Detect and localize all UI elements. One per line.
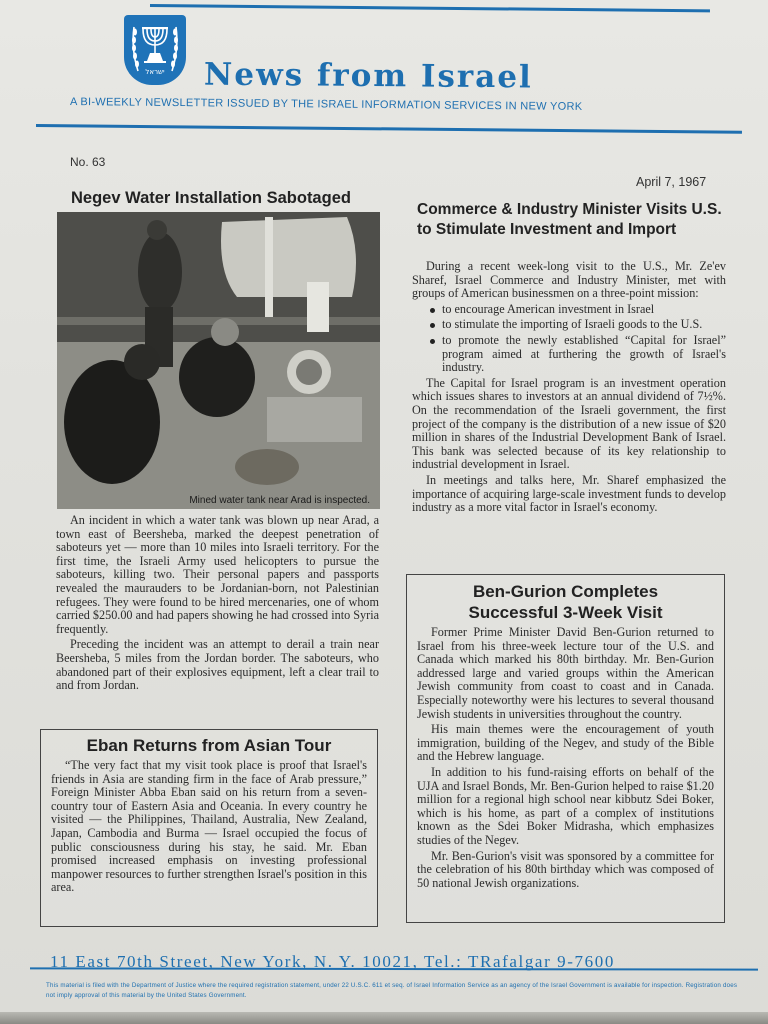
photo-caption: Mined water tank near Arad is inspected.: [189, 495, 370, 506]
commerce-headline: Commerce & Industry Minister Visits U.S.…: [417, 200, 727, 240]
emblem-graphic: ישראל: [128, 19, 182, 81]
svg-text:ישראל: ישראל: [145, 68, 165, 76]
issue-number: No. 63: [70, 155, 105, 169]
paragraph: In addition to his fund-raising efforts …: [417, 766, 714, 848]
eban-article-box: Eban Returns from Asian Tour “The very f…: [40, 729, 378, 927]
negev-article-body: An incident in which a water tank was bl…: [56, 514, 379, 695]
list-item: to stimulate the importing of Israeli go…: [430, 318, 726, 332]
header-rule: [36, 124, 742, 134]
paragraph: During a recent week-long visit to the U…: [412, 260, 726, 301]
photo-scene: [57, 212, 380, 509]
paragraph: Mr. Ben-Gurion's visit was sponsored by …: [417, 850, 714, 891]
eban-article-body: “The very fact that my visit took place …: [51, 759, 367, 895]
issue-date: April 7, 1967: [636, 175, 706, 189]
headline-line: Successful 3-Week Visit: [417, 602, 714, 623]
list-item: to promote the newly established “Capita…: [430, 334, 726, 375]
bengurion-article-box: Ben-Gurion Completes Successful 3-Week V…: [406, 574, 725, 923]
headline-line: Ben-Gurion Completes: [417, 581, 714, 602]
eban-headline: Eban Returns from Asian Tour: [51, 736, 367, 756]
bengurion-article-body: Former Prime Minister David Ben-Gurion r…: [417, 626, 714, 890]
paragraph: Former Prime Minister David Ben-Gurion r…: [417, 626, 714, 721]
paragraph: Preceding the incident was an attempt to…: [56, 638, 379, 692]
negev-photo: Mined water tank near Arad is inspected.: [57, 212, 380, 509]
newsletter-page: ישראל News from Israel A BI-WEEKLY NEWSL…: [0, 0, 768, 1024]
paragraph: His main themes were the encouragement o…: [417, 723, 714, 764]
top-rule: [150, 4, 710, 12]
footer-disclaimer: This material is filed with the Departme…: [46, 981, 746, 1001]
paragraph: In meetings and talks here, Mr. Sharef e…: [412, 474, 726, 515]
paragraph: An incident in which a water tank was bl…: [56, 514, 379, 636]
menorah-emblem-icon: ישראל: [124, 15, 186, 85]
bengurion-headline: Ben-Gurion Completes Successful 3-Week V…: [417, 581, 714, 623]
list-item: to encourage American investment in Isra…: [430, 303, 726, 317]
masthead-tagline: A BI-WEEKLY NEWSLETTER ISSUED BY THE ISR…: [70, 96, 583, 113]
paper-edge: [0, 1012, 768, 1024]
paragraph: The Capital for Israel program is an inv…: [412, 377, 726, 472]
negev-headline: Negev Water Installation Sabotaged: [71, 189, 351, 208]
commerce-article-body: During a recent week-long visit to the U…: [412, 260, 726, 517]
mission-list: to encourage American investment in Isra…: [430, 303, 726, 375]
paragraph: “The very fact that my visit took place …: [51, 759, 367, 895]
masthead-title: News from Israel: [204, 57, 533, 96]
